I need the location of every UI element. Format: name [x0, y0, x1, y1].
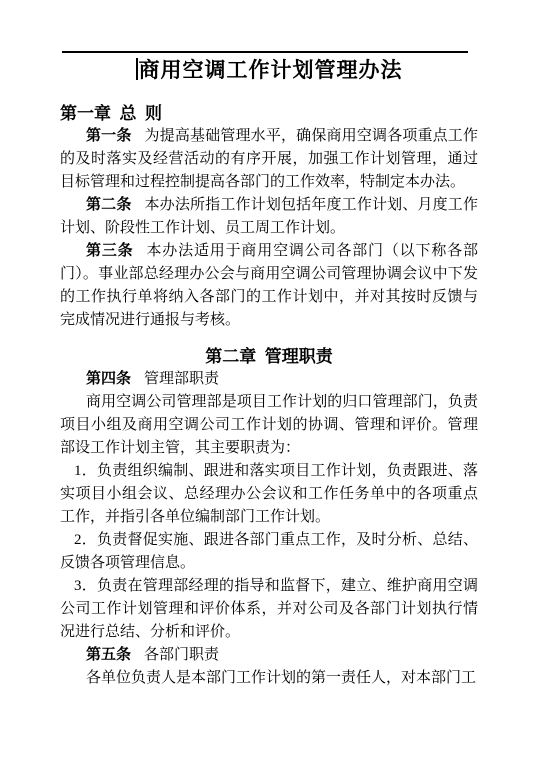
document-edit-area[interactable]: 商用空调工作计划管理办法 第一章 总 则 第一条为提高基础管理水平，确保商用空调… — [60, 0, 478, 690]
document-title-text: 商用空调工作计划管理办法 — [139, 58, 403, 82]
chapter-2-heading: 第二章 管理职责 — [60, 345, 478, 368]
article-1-label: 第一条 — [86, 128, 132, 144]
duty-item-3: 3．负责在管理部经理的指导和监督下，建立、维护商用空调公司工作计划管理和评价体系… — [60, 575, 478, 644]
article-3-label: 第三条 — [86, 243, 133, 259]
article-5-heading-line: 第五条各部门职责 — [60, 644, 478, 667]
departments-intro-paragraph: 各单位负责人是本部门工作计划的第一责任人，对本部门工 — [60, 667, 478, 690]
article-3-paragraph: 第三条本办法适用于商用空调公司各部门（以下称各部门）。事业部总经理办公会与商用空… — [60, 240, 478, 332]
article-4-label: 第四条 — [86, 371, 131, 387]
duty-item-1: 1．负责组织编制、跟进和落实项目工作计划，负责跟进、落实项目小组会议、总经理办公… — [60, 460, 478, 529]
article-5-title: 各部门职责 — [144, 647, 219, 663]
document-page[interactable]: 商用空调工作计划管理办法 第一章 总 则 第一条为提高基础管理水平，确保商用空调… — [0, 0, 541, 763]
article-4-heading-line: 第四条管理部职责 — [60, 368, 478, 391]
document-title: 商用空调工作计划管理办法 — [60, 55, 478, 85]
horizontal-rule — [62, 51, 468, 53]
duty-item-2: 2．负责督促实施、跟进各部门重点工作，及时分析、总结、反馈各项管理信息。 — [60, 529, 478, 575]
article-1-paragraph: 第一条为提高基础管理水平，确保商用空调各项重点工作的及时落实及经营活动的有序开展… — [60, 125, 478, 194]
text-cursor-caret — [136, 58, 138, 80]
article-2-label: 第二条 — [86, 197, 132, 213]
article-5-label: 第五条 — [86, 647, 131, 663]
article-4-title: 管理部职责 — [144, 371, 219, 387]
chapter-1-heading: 第一章 总 则 — [60, 102, 478, 125]
management-dept-intro-paragraph: 商用空调公司管理部是项目工作计划的归口管理部门，负责项目小组及商用空调公司工作计… — [60, 391, 478, 460]
article-2-paragraph: 第二条本办法所指工作计划包括年度工作计划、月度工作计划、阶段性工作计划、员工周工… — [60, 194, 478, 240]
